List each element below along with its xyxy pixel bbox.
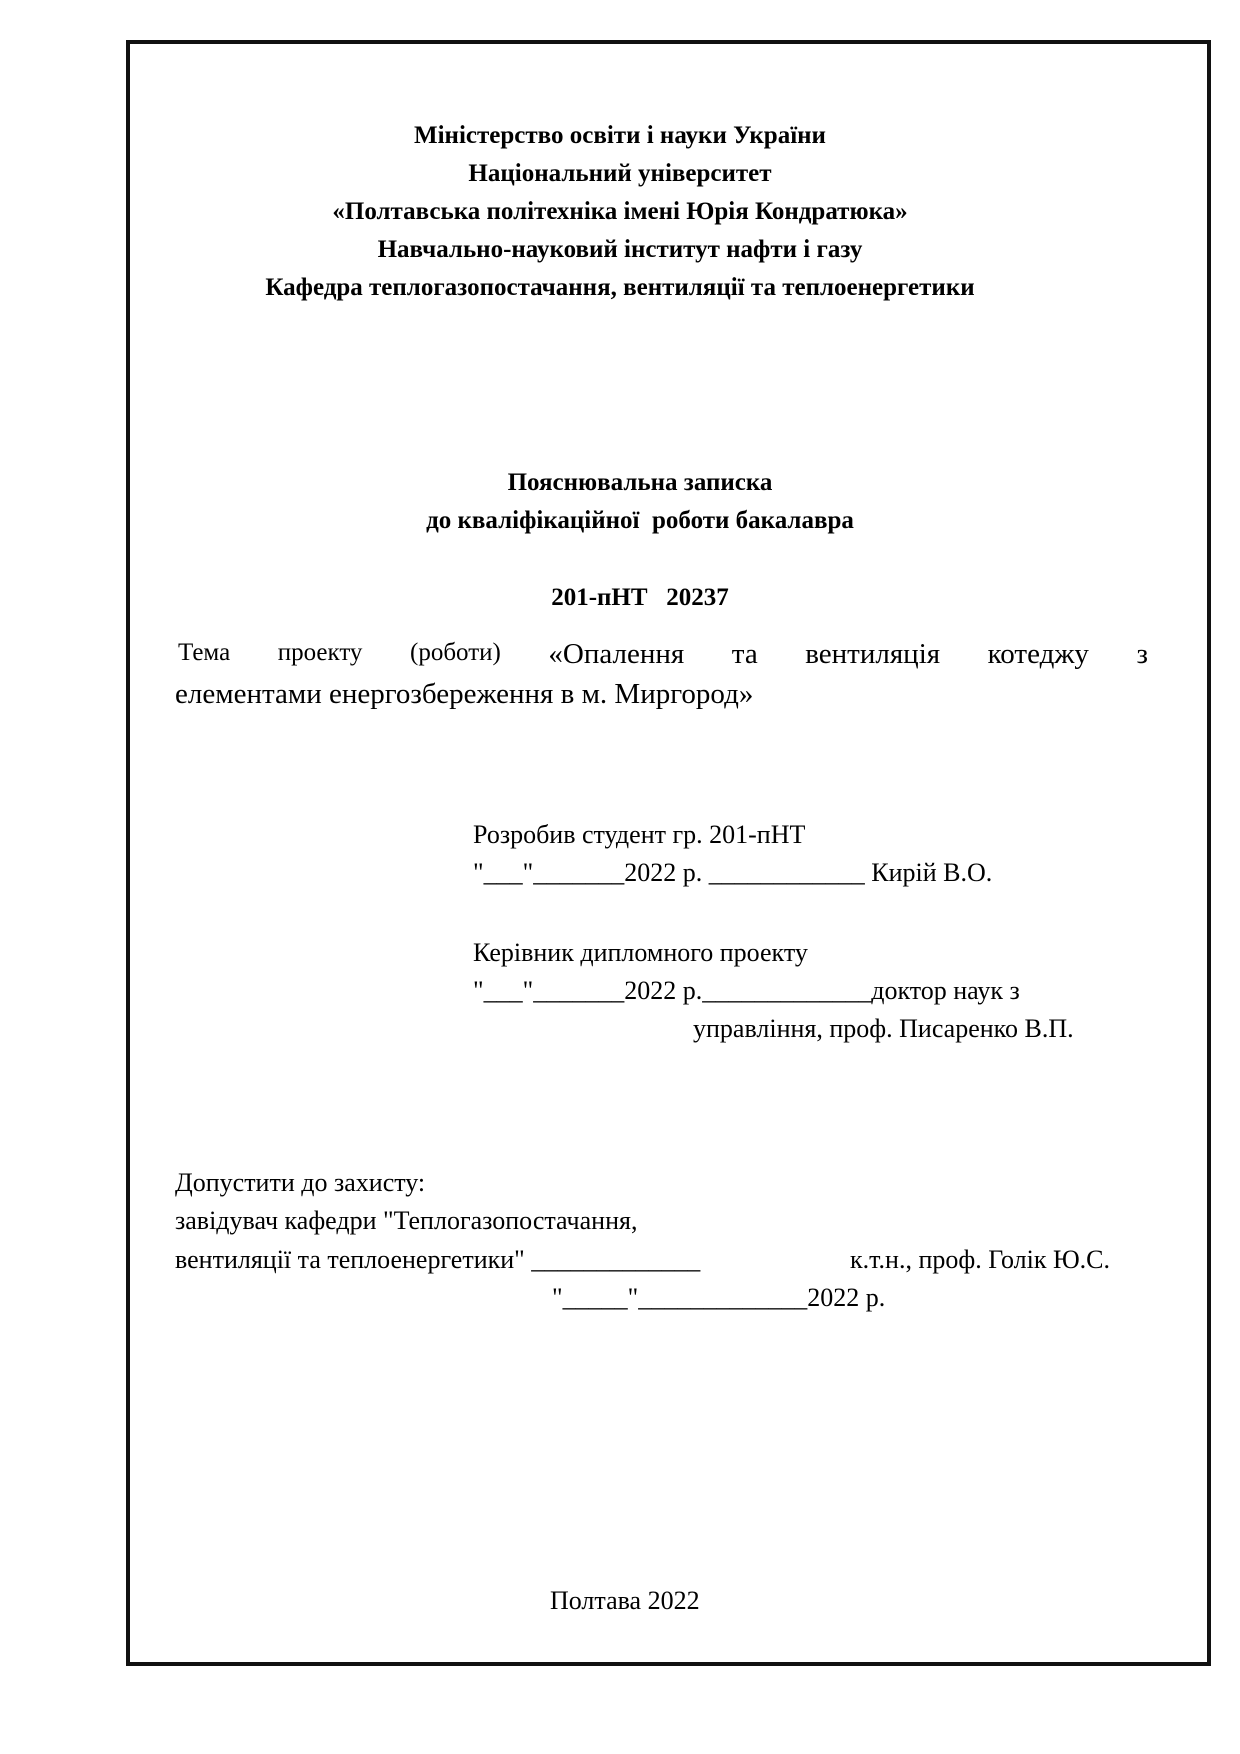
theme-word: Тема xyxy=(178,640,230,669)
theme-word: з xyxy=(1136,640,1147,669)
supervisor-signature-line: "___"_______2022 р._____________доктор н… xyxy=(473,978,1020,1004)
ministry-heading: Міністерство освіти і науки України xyxy=(0,123,1240,148)
head-of-department-line: завідувач кафедри "Теплогазопостачання, xyxy=(175,1208,637,1234)
head-of-department-name: к.т.н., проф. Голік Ю.С. xyxy=(850,1247,1110,1273)
theme-word: вентиляція xyxy=(805,640,940,669)
document-subtitle: до кваліфікаційної роботи бакалавра xyxy=(20,508,1240,533)
theme-line-2: елементами енергозбереження в м. Миргоро… xyxy=(175,680,753,709)
city-year: Полтава 2022 xyxy=(550,1588,700,1614)
theme-line-1: Тема проекту (роботи) «Опалення та венти… xyxy=(178,640,1148,669)
supervisor-label: Керівник дипломного проекту xyxy=(473,940,808,966)
document-title: Пояснювальна записка xyxy=(20,470,1240,495)
department-heading: Кафедра теплогазопостачання, вентиляції … xyxy=(0,275,1240,300)
theme-word: проекту xyxy=(278,640,363,669)
theme-word: котеджу xyxy=(988,640,1089,669)
head-of-department-signature: вентиляції та теплоенергетики" _________… xyxy=(175,1247,700,1273)
approval-date-line: "_____"_____________2022 р. xyxy=(552,1285,885,1311)
university-name-heading: «Полтавська політехніка імені Юрія Кондр… xyxy=(0,199,1240,224)
university-heading: Національний університет xyxy=(0,161,1240,186)
approval-label: Допустити до захисту: xyxy=(175,1170,425,1196)
theme-word: «Опалення xyxy=(548,640,684,669)
document-code: 201-пНТ 20237 xyxy=(20,585,1240,610)
theme-word: (роботи) xyxy=(410,640,501,669)
theme-word: та xyxy=(732,640,758,669)
student-label: Розробив студент гр. 201-пНТ xyxy=(473,822,805,848)
student-signature-line: "___"_______2022 р. ____________ Кирій В… xyxy=(473,860,992,886)
supervisor-name: управління, проф. Писаренко В.П. xyxy=(693,1016,1074,1042)
institute-heading: Навчально-науковий інститут нафти і газу xyxy=(0,237,1240,262)
